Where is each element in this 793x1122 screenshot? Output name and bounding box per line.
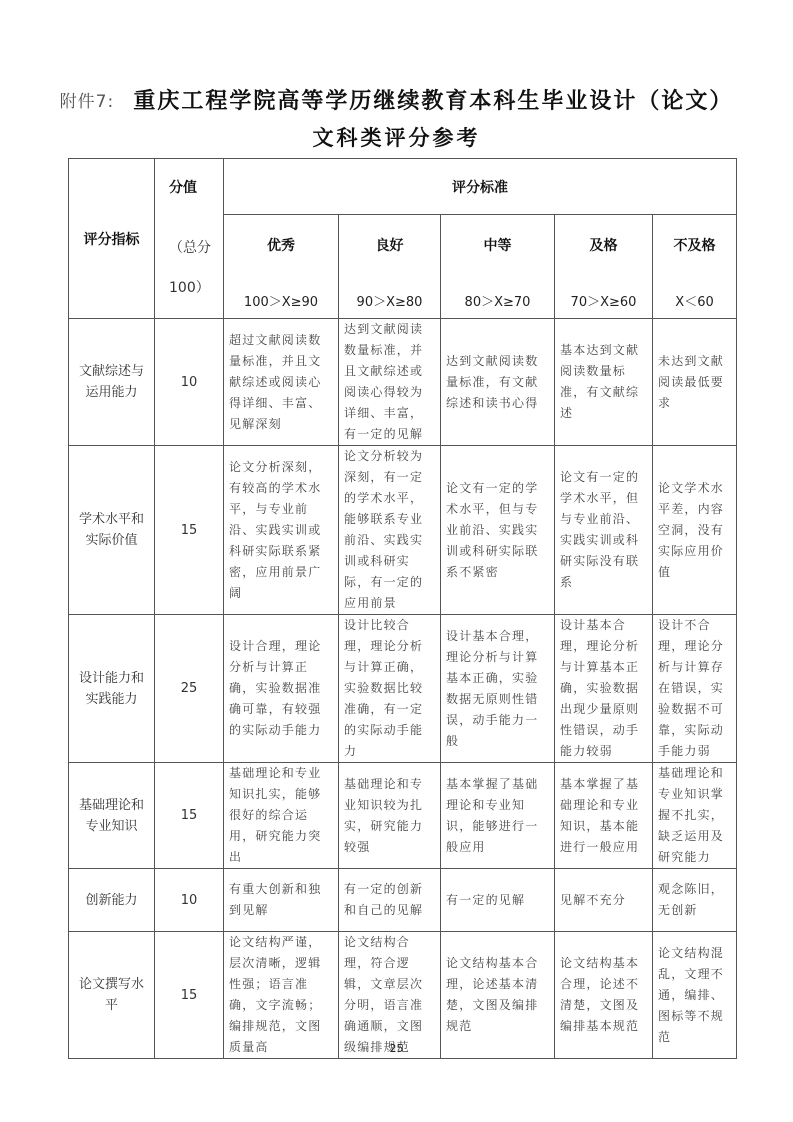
table-row: 基础理论和专业知识 15 基础理论和专业知识扎实，能够很好的综合运用，研究能力突… <box>69 763 737 869</box>
header-row-1: 评分指标 分值 （总分 100） 评分标准 <box>69 159 737 215</box>
page-number: 25 <box>0 1042 793 1055</box>
table-row: 设计能力和实践能力 25 设计合理，理论分析与计算正确，实验数据准确可靠，有较强… <box>69 615 737 763</box>
header-score-total: （总分 <box>169 237 211 257</box>
metric-name: 学术水平和实际价值 <box>69 446 155 615</box>
criteria-pass: 基本掌握了基础理论和专业知识，基本能进行一般应用 <box>555 763 653 869</box>
grade-range: 70＞X≥60 <box>555 255 652 310</box>
grade-label: 优秀 <box>224 215 338 255</box>
metric-score: 15 <box>155 932 224 1059</box>
header-score: 分值 （总分 100） <box>155 159 224 319</box>
grade-range: 100＞X≥90 <box>224 255 338 310</box>
criteria-good: 设计比较合理，理论分析与计算正确，实验数据比较准确，有一定的实际动手能力 <box>339 615 441 763</box>
grade-range: 90＞X≥80 <box>339 255 440 310</box>
criteria-average: 达到文献阅读数量标准，有文献综述和读书心得 <box>441 319 555 446</box>
metric-name: 创新能力 <box>69 869 155 932</box>
grade-pass: 及格 70＞X≥60 <box>555 215 653 319</box>
grade-good: 良好 90＞X≥80 <box>339 215 441 319</box>
criteria-average: 设计基本合理，理论分析与计算基本正确，实验数据无原则性错误，动手能力一般 <box>441 615 555 763</box>
criteria-average: 论文结构基本合理，论述基本清楚，文图及编排规范 <box>441 932 555 1059</box>
criteria-good: 论文分析较为深刻，有一定的学术水平，能够联系专业前沿、实践实训或科研实际，有一定… <box>339 446 441 615</box>
criteria-average: 基本掌握了基础理论和专业知识，能够进行一般应用 <box>441 763 555 869</box>
document-title: 附件7: 重庆工程学院高等学历继续教育本科生毕业设计（论文） <box>0 84 793 114</box>
document-subtitle: 文科类评分参考 <box>0 122 793 152</box>
metric-score: 25 <box>155 615 224 763</box>
criteria-pass: 见解不充分 <box>555 869 653 932</box>
criteria-fail: 设计不合理，理论分析与计算存在错误，实验数据不可靠，实际动手能力弱 <box>653 615 737 763</box>
rubric-table: 评分指标 分值 （总分 100） 评分标准 优秀 100＞X≥90 良好 90＞… <box>68 158 737 1059</box>
header-score-label: 分值 <box>169 177 197 197</box>
grade-label: 及格 <box>555 215 652 255</box>
criteria-good: 基础理论和专业知识较为扎实，研究能力较强 <box>339 763 441 869</box>
grade-excellent: 优秀 100＞X≥90 <box>224 215 339 319</box>
table-row: 文献综述与运用能力 10 超过文献阅读数量标准，并且文献综述或阅读心得详细、丰富… <box>69 319 737 446</box>
criteria-fail: 论文结构混乱，文理不通，编排、图标等不规范 <box>653 932 737 1059</box>
grade-average: 中等 80＞X≥70 <box>441 215 555 319</box>
grade-fail: 不及格 X＜60 <box>653 215 737 319</box>
criteria-excellent: 超过文献阅读数量标准，并且文献综述或阅读心得详细、丰富、见解深刻 <box>224 319 339 446</box>
criteria-pass: 设计基本合理，理论分析与计算基本正确，实验数据出现少量原则性错误，动手能力较弱 <box>555 615 653 763</box>
grade-range: X＜60 <box>653 255 736 310</box>
table-row: 学术水平和实际价值 15 论文分析深刻，有较高的学术水平，与专业前沿、实践实训或… <box>69 446 737 615</box>
criteria-fail: 论文学术水平差，内容空洞，没有实际应用价值 <box>653 446 737 615</box>
header-score-total-value: 100） <box>169 277 210 297</box>
attachment-label: 附件7: <box>60 92 115 112</box>
criteria-excellent: 基础理论和专业知识扎实，能够很好的综合运用，研究能力突出 <box>224 763 339 869</box>
grade-label: 良好 <box>339 215 440 255</box>
criteria-pass: 基本达到文献阅读数量标准，有文献综述 <box>555 319 653 446</box>
metric-name: 设计能力和实践能力 <box>69 615 155 763</box>
criteria-excellent: 设计合理，理论分析与计算正确，实验数据准确可靠，有较强的实际动手能力 <box>224 615 339 763</box>
grade-label: 中等 <box>441 215 554 255</box>
criteria-good: 达到文献阅读数量标准，并且文献综述或阅读心得较为详细、丰富，有一定的见解 <box>339 319 441 446</box>
metric-name: 文献综述与运用能力 <box>69 319 155 446</box>
metric-score: 10 <box>155 319 224 446</box>
table-row: 创新能力 10 有重大创新和独到见解 有一定的创新和自己的见解 有一定的见解 见… <box>69 869 737 932</box>
criteria-excellent: 有重大创新和独到见解 <box>224 869 339 932</box>
title-main: 重庆工程学院高等学历继续教育本科生毕业设计（论文） <box>133 89 733 114</box>
grade-label: 不及格 <box>653 215 736 255</box>
header-metric: 评分指标 <box>69 159 155 319</box>
grade-range: 80＞X≥70 <box>441 255 554 310</box>
criteria-good: 论文结构合理，符合逻辑，文章层次分明，语言准确通顺，文图级编排规范 <box>339 932 441 1059</box>
criteria-fail: 未达到文献阅读最低要求 <box>653 319 737 446</box>
criteria-average: 论文有一定的学术水平，但与专业前沿、实践实训或科研实际联系不紧密 <box>441 446 555 615</box>
criteria-fail: 观念陈旧，无创新 <box>653 869 737 932</box>
metric-score: 10 <box>155 869 224 932</box>
header-standard: 评分标准 <box>224 159 737 215</box>
table-row: 论文撰写水平 15 论文结构严谨，层次清晰，逻辑性强；语言准确，文字流畅；编排规… <box>69 932 737 1059</box>
criteria-pass: 论文结构基本合理，论述不清楚，文图及编排基本规范 <box>555 932 653 1059</box>
metric-score: 15 <box>155 763 224 869</box>
criteria-average: 有一定的见解 <box>441 869 555 932</box>
criteria-excellent: 论文结构严谨，层次清晰，逻辑性强；语言准确，文字流畅；编排规范，文图质量高 <box>224 932 339 1059</box>
metric-score: 15 <box>155 446 224 615</box>
criteria-pass: 论文有一定的学术水平，但与专业前沿、实践实训或科研实际没有联系 <box>555 446 653 615</box>
metric-name: 基础理论和专业知识 <box>69 763 155 869</box>
metric-name: 论文撰写水平 <box>69 932 155 1059</box>
criteria-excellent: 论文分析深刻，有较高的学术水平，与专业前沿、实践实训或科研实际联系紧密，应用前景… <box>224 446 339 615</box>
criteria-fail: 基础理论和专业知识掌握不扎实，缺乏运用及研究能力 <box>653 763 737 869</box>
criteria-good: 有一定的创新和自己的见解 <box>339 869 441 932</box>
